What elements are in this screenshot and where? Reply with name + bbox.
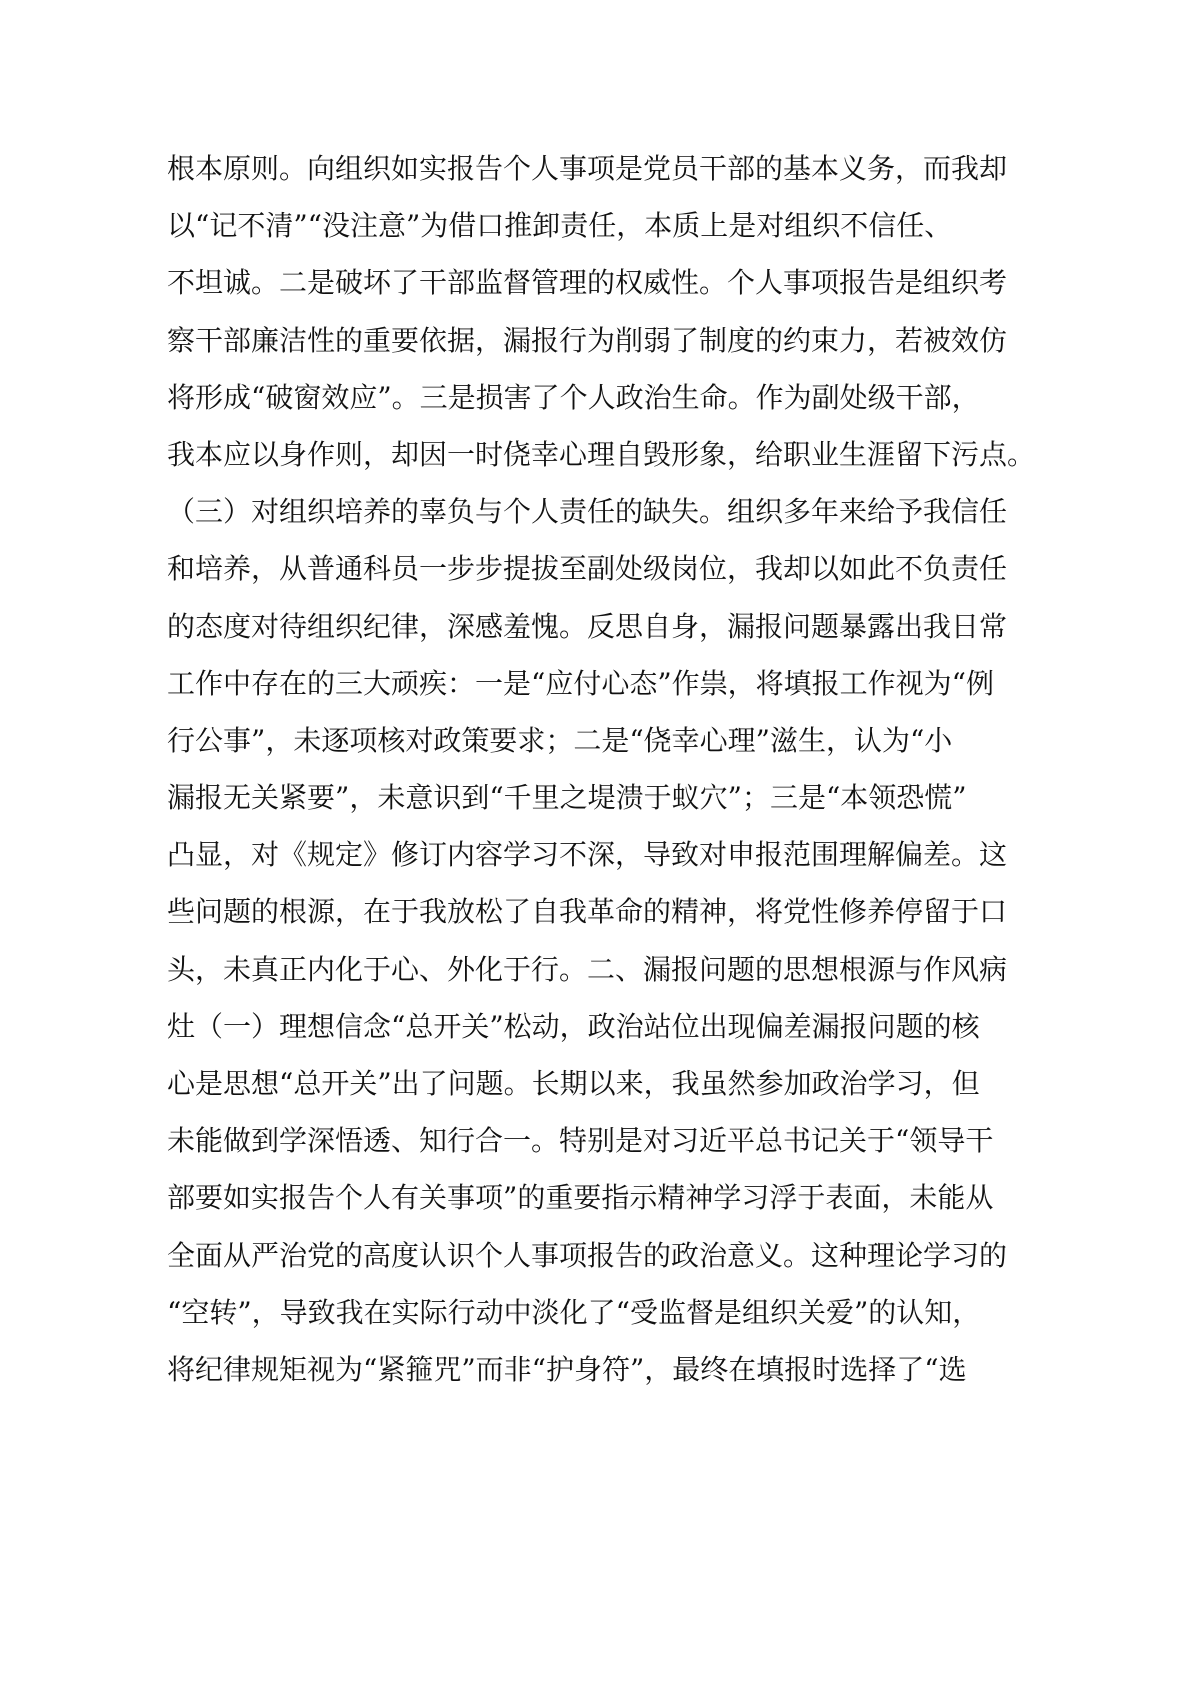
text-line: 全面从严治党的高度认识个人事项报告的政治意义。这种理论学习的: [167, 1227, 943, 1284]
text-line: 将纪律规矩视为“紧箍咒”而非“护身符”，最终在填报时选择了“选: [167, 1341, 943, 1398]
document-page: 根本原则。向组织如实报告个人事项是党员干部的基本义务，而我却 以“记不清”“没注…: [0, 0, 1190, 1683]
text-line: “空转”，导致我在实际行动中淡化了“受监督是组织关爱”的认知，: [167, 1284, 943, 1341]
text-line: （三）对组织培养的辜负与个人责任的缺失。组织多年来给予我信任: [167, 483, 943, 540]
text-line: 察干部廉洁性的重要依据，漏报行为削弱了制度的约束力，若被效仿: [167, 312, 943, 369]
document-body: 根本原则。向组织如实报告个人事项是党员干部的基本义务，而我却 以“记不清”“没注…: [167, 140, 943, 1398]
text-line: 部要如实报告个人有关事项”的重要指示精神学习浮于表面，未能从: [167, 1169, 943, 1226]
text-line: 心是思想“总开关”出了问题。长期以来，我虽然参加政治学习，但: [167, 1055, 943, 1112]
text-line: 将形成“破窗效应”。三是损害了个人政治生命。作为副处级干部，: [167, 369, 943, 426]
text-line: 些问题的根源，在于我放松了自我革命的精神，将党性修养停留于口: [167, 883, 943, 940]
text-line: 我本应以身作则，却因一时侥幸心理自毁形象，给职业生涯留下污点。: [167, 426, 943, 483]
text-line: 行公事”，未逐项核对政策要求；二是“侥幸心理”滋生，认为“小: [167, 712, 943, 769]
text-line: 漏报无关紧要”，未意识到“千里之堤溃于蚁穴”；三是“本领恐慌”: [167, 769, 943, 826]
text-line: 根本原则。向组织如实报告个人事项是党员干部的基本义务，而我却: [167, 140, 943, 197]
text-line: 以“记不清”“没注意”为借口推卸责任，本质上是对组织不信任、: [167, 197, 943, 254]
text-line: 凸显，对《规定》修订内容学习不深，导致对申报范围理解偏差。这: [167, 826, 943, 883]
text-line: 灶（一）理想信念“总开关”松动，政治站位出现偏差漏报问题的核: [167, 998, 943, 1055]
text-line: 未能做到学深悟透、知行合一。特别是对习近平总书记关于“领导干: [167, 1112, 943, 1169]
text-line: 的态度对待组织纪律，深感羞愧。反思自身，漏报问题暴露出我日常: [167, 598, 943, 655]
text-line: 头，未真正内化于心、外化于行。二、漏报问题的思想根源与作风病: [167, 941, 943, 998]
text-line: 不坦诚。二是破坏了干部监督管理的权威性。个人事项报告是组织考: [167, 254, 943, 311]
text-line: 和培养，从普通科员一步步提拔至副处级岗位，我却以如此不负责任: [167, 540, 943, 597]
text-line: 工作中存在的三大顽疾：一是“应付心态”作祟，将填报工作视为“例: [167, 655, 943, 712]
